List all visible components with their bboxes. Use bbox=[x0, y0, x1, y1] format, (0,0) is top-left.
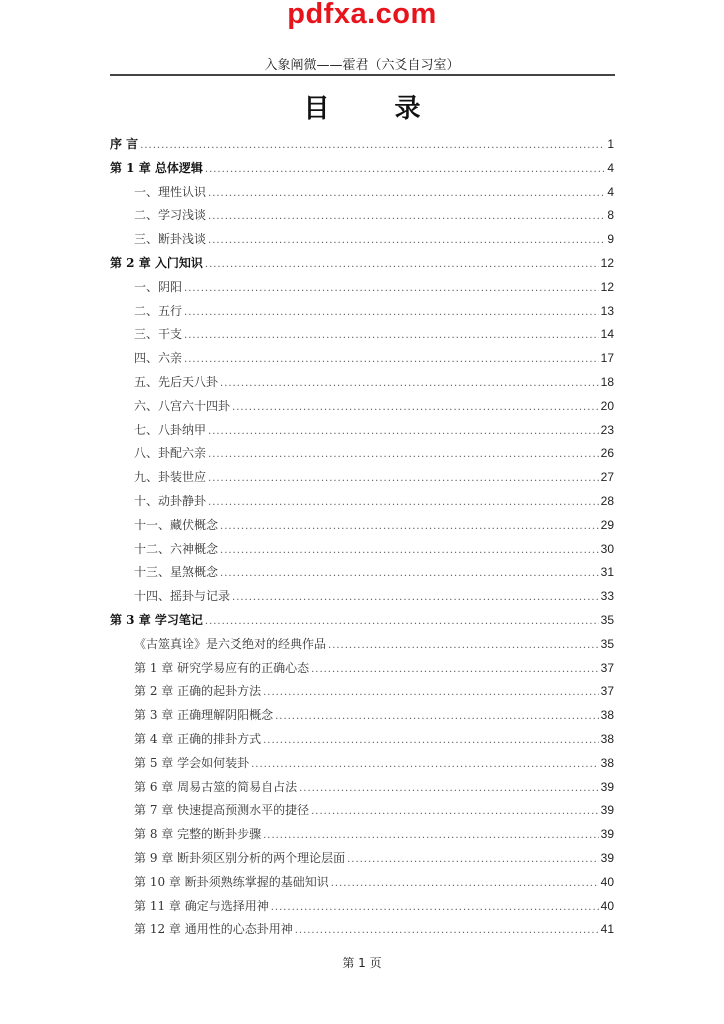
toc-entry-page: 39 bbox=[601, 803, 614, 817]
toc-entry-page: 1 bbox=[607, 137, 614, 151]
toc-entry-page: 4 bbox=[607, 161, 614, 175]
dot-leader bbox=[251, 759, 599, 770]
dot-leader bbox=[208, 497, 599, 508]
toc-entry-label: 第 9 章 断卦须区别分析的两个理论层面 bbox=[134, 849, 345, 866]
toc-entry-page: 40 bbox=[601, 899, 614, 913]
toc-entry-page: 18 bbox=[601, 375, 614, 389]
toc-entry-label: 第 6 章 周易古筮的简易自占法 bbox=[134, 778, 297, 795]
toc-entry-label: 一、阴阳 bbox=[134, 278, 182, 295]
toc-chapter-entry[interactable]: 第 1 章 总体逻辑4 bbox=[110, 159, 614, 183]
toc-entry-page: 14 bbox=[601, 327, 614, 341]
page-number-footer: 第 1 页 bbox=[0, 954, 724, 971]
dot-leader bbox=[220, 521, 599, 532]
dot-leader bbox=[140, 140, 605, 151]
toc-entry-page: 9 bbox=[607, 232, 614, 246]
toc-section-entry[interactable]: 第 3 章 正确理解阴阳概念38 bbox=[110, 706, 614, 730]
dot-leader bbox=[263, 687, 599, 698]
toc-section-entry[interactable]: 七、八卦纳甲23 bbox=[110, 421, 614, 445]
toc-entry-label: 十四、摇卦与记录 bbox=[134, 587, 230, 604]
toc-entry-page: 35 bbox=[601, 613, 614, 627]
toc-entry-label: 第 3 章 学习笔记 bbox=[110, 611, 203, 628]
dot-leader bbox=[347, 854, 599, 865]
dot-leader bbox=[205, 616, 599, 627]
toc-section-entry[interactable]: 九、卦装世应27 bbox=[110, 468, 614, 492]
dot-leader bbox=[331, 878, 599, 889]
toc-entry-label: 第 1 章 研究学易应有的正确心态 bbox=[134, 659, 309, 676]
toc-entry-page: 39 bbox=[601, 851, 614, 865]
dot-leader bbox=[220, 545, 599, 556]
toc-entry-page: 35 bbox=[601, 637, 614, 651]
dot-leader bbox=[184, 354, 599, 365]
toc-chapter-entry[interactable]: 序 言1 bbox=[110, 135, 614, 159]
toc-entry-label: 第 1 章 总体逻辑 bbox=[110, 159, 203, 176]
toc-section-entry[interactable]: 五、先后天八卦18 bbox=[110, 373, 614, 397]
toc-section-entry[interactable]: 第 8 章 完整的断卦步骤39 bbox=[110, 825, 614, 849]
dot-leader bbox=[232, 592, 599, 603]
toc-section-entry[interactable]: 第 5 章 学会如何装卦38 bbox=[110, 754, 614, 778]
toc-section-entry[interactable]: 第 4 章 正确的排卦方式38 bbox=[110, 730, 614, 754]
toc-entry-page: 12 bbox=[601, 256, 614, 270]
toc-entry-page: 13 bbox=[601, 304, 614, 318]
toc-entry-label: 六、八宫六十四卦 bbox=[134, 397, 230, 414]
dot-leader bbox=[263, 735, 599, 746]
toc-section-entry[interactable]: 六、八宫六十四卦20 bbox=[110, 397, 614, 421]
dot-leader bbox=[263, 830, 599, 841]
toc-entry-page: 17 bbox=[601, 351, 614, 365]
toc-section-entry[interactable]: 第 2 章 正确的起卦方法37 bbox=[110, 682, 614, 706]
toc-section-entry[interactable]: 十一、藏伏概念29 bbox=[110, 516, 614, 540]
toc-entry-page: 12 bbox=[601, 280, 614, 294]
toc-section-entry[interactable]: 第 9 章 断卦须区别分析的两个理论层面39 bbox=[110, 849, 614, 873]
toc-entry-label: 七、八卦纳甲 bbox=[134, 421, 206, 438]
dot-leader bbox=[220, 568, 599, 579]
toc-entry-page: 30 bbox=[601, 542, 614, 556]
toc-entry-page: 38 bbox=[601, 756, 614, 770]
toc-entry-label: 第 2 章 入门知识 bbox=[110, 254, 203, 271]
toc-entry-label: 第 10 章 断卦须熟练掌握的基础知识 bbox=[134, 873, 329, 890]
toc-entry-page: 37 bbox=[601, 684, 614, 698]
toc-entry-label: 第 11 章 确定与选择用神 bbox=[134, 897, 269, 914]
toc-entry-label: 第 8 章 完整的断卦步骤 bbox=[134, 825, 261, 842]
toc-entry-page: 27 bbox=[601, 470, 614, 484]
dot-leader bbox=[184, 330, 599, 341]
dot-leader bbox=[275, 711, 599, 722]
toc-section-entry[interactable]: 第 1 章 研究学易应有的正确心态37 bbox=[110, 659, 614, 683]
toc-entry-label: 二、学习浅谈 bbox=[134, 206, 206, 223]
dot-leader bbox=[205, 164, 605, 175]
toc-section-entry[interactable]: 一、理性认识4 bbox=[110, 183, 614, 207]
toc-entry-label: 第 3 章 正确理解阴阳概念 bbox=[134, 706, 273, 723]
toc-section-entry[interactable]: 三、干支14 bbox=[110, 325, 614, 349]
toc-entry-label: 四、六亲 bbox=[134, 349, 182, 366]
toc-entry-label: 五、先后天八卦 bbox=[134, 373, 218, 390]
toc-section-entry[interactable]: 第 6 章 周易古筮的简易自占法39 bbox=[110, 778, 614, 802]
toc-entry-page: 28 bbox=[601, 494, 614, 508]
toc-entry-label: 第 4 章 正确的排卦方式 bbox=[134, 730, 261, 747]
toc-entry-label: 三、干支 bbox=[134, 325, 182, 342]
toc-entry-label: 《古筮真诠》是六爻绝对的经典作品 bbox=[134, 635, 326, 652]
dot-leader bbox=[205, 259, 599, 270]
toc-entry-page: 20 bbox=[601, 399, 614, 413]
toc-section-entry[interactable]: 三、断卦浅谈9 bbox=[110, 230, 614, 254]
toc-section-entry[interactable]: 十三、星煞概念31 bbox=[110, 563, 614, 587]
dot-leader bbox=[271, 902, 599, 913]
dot-leader bbox=[208, 426, 599, 437]
dot-leader bbox=[220, 378, 599, 389]
toc-section-entry[interactable]: 第 11 章 确定与选择用神40 bbox=[110, 897, 614, 921]
toc-entry-label: 八、卦配六亲 bbox=[134, 444, 206, 461]
toc-entry-page: 23 bbox=[601, 423, 614, 437]
dot-leader bbox=[295, 925, 599, 936]
dot-leader bbox=[208, 449, 599, 460]
toc-entry-page: 33 bbox=[601, 589, 614, 603]
toc-section-entry[interactable]: 十、动卦静卦28 bbox=[110, 492, 614, 516]
toc-chapter-entry[interactable]: 第 2 章 入门知识12 bbox=[110, 254, 614, 278]
dot-leader bbox=[232, 402, 599, 413]
toc-entry-page: 31 bbox=[601, 565, 614, 579]
toc-entry-label: 十三、星煞概念 bbox=[134, 563, 218, 580]
toc-entry-page: 40 bbox=[601, 875, 614, 889]
toc-chapter-entry[interactable]: 第 3 章 学习笔记35 bbox=[110, 611, 614, 635]
toc-section-entry[interactable]: 八、卦配六亲26 bbox=[110, 444, 614, 468]
toc-entry-label: 九、卦装世应 bbox=[134, 468, 206, 485]
toc-section-entry[interactable]: 第 12 章 通用性的心态卦用神41 bbox=[110, 920, 614, 944]
toc-entry-page: 8 bbox=[607, 208, 614, 222]
toc-entry-page: 41 bbox=[601, 922, 614, 936]
toc-entry-label: 第 7 章 快速提高预测水平的捷径 bbox=[134, 801, 309, 818]
toc-section-entry[interactable]: 四、六亲17 bbox=[110, 349, 614, 373]
dot-leader bbox=[311, 806, 599, 817]
toc-entry-page: 38 bbox=[601, 708, 614, 722]
toc-entry-label: 第 12 章 通用性的心态卦用神 bbox=[134, 920, 293, 937]
toc-section-entry[interactable]: 十二、六神概念30 bbox=[110, 540, 614, 564]
dot-leader bbox=[328, 640, 599, 651]
dot-leader bbox=[184, 307, 599, 318]
toc-entry-label: 十二、六神概念 bbox=[134, 540, 218, 557]
toc-entry-label: 三、断卦浅谈 bbox=[134, 230, 206, 247]
toc-entry-label: 二、五行 bbox=[134, 302, 182, 319]
toc-section-entry[interactable]: 二、学习浅谈8 bbox=[110, 206, 614, 230]
toc-section-entry[interactable]: 一、阴阳12 bbox=[110, 278, 614, 302]
dot-leader bbox=[208, 188, 605, 199]
toc-entry-page: 26 bbox=[601, 446, 614, 460]
toc-section-entry[interactable]: 第 7 章 快速提高预测水平的捷径39 bbox=[110, 801, 614, 825]
dot-leader bbox=[311, 664, 599, 675]
dot-leader bbox=[208, 235, 605, 246]
toc-entry-page: 37 bbox=[601, 661, 614, 675]
dot-leader bbox=[299, 783, 599, 794]
dot-leader bbox=[208, 211, 605, 222]
toc-entry-page: 38 bbox=[601, 732, 614, 746]
toc-entry-label: 第 5 章 学会如何装卦 bbox=[134, 754, 249, 771]
toc-section-entry[interactable]: 第 10 章 断卦须熟练掌握的基础知识40 bbox=[110, 873, 614, 897]
dot-leader bbox=[208, 473, 599, 484]
table-of-contents: 序 言1第 1 章 总体逻辑4一、理性认识4二、学习浅谈8三、断卦浅谈9第 2 … bbox=[110, 135, 614, 944]
toc-section-entry[interactable]: 十四、摇卦与记录33 bbox=[110, 587, 614, 611]
running-header: 入象阐微——霍君（六爻自习室） bbox=[0, 54, 724, 73]
toc-entry-page: 39 bbox=[601, 827, 614, 841]
page-title: 目 录 bbox=[0, 88, 724, 125]
header-divider bbox=[110, 74, 615, 76]
toc-entry-label: 十、动卦静卦 bbox=[134, 492, 206, 509]
watermark: pdfxa.com bbox=[0, 0, 724, 31]
toc-entry-label: 十一、藏伏概念 bbox=[134, 516, 218, 533]
toc-entry-page: 4 bbox=[607, 185, 614, 199]
dot-leader bbox=[184, 283, 599, 294]
toc-entry-label: 一、理性认识 bbox=[134, 183, 206, 200]
toc-entry-label: 第 2 章 正确的起卦方法 bbox=[134, 682, 261, 699]
toc-entry-page: 39 bbox=[601, 780, 614, 794]
toc-section-entry[interactable]: 《古筮真诠》是六爻绝对的经典作品35 bbox=[110, 635, 614, 659]
toc-entry-page: 29 bbox=[601, 518, 614, 532]
toc-entry-label: 序 言 bbox=[110, 135, 138, 152]
toc-section-entry[interactable]: 二、五行13 bbox=[110, 302, 614, 326]
